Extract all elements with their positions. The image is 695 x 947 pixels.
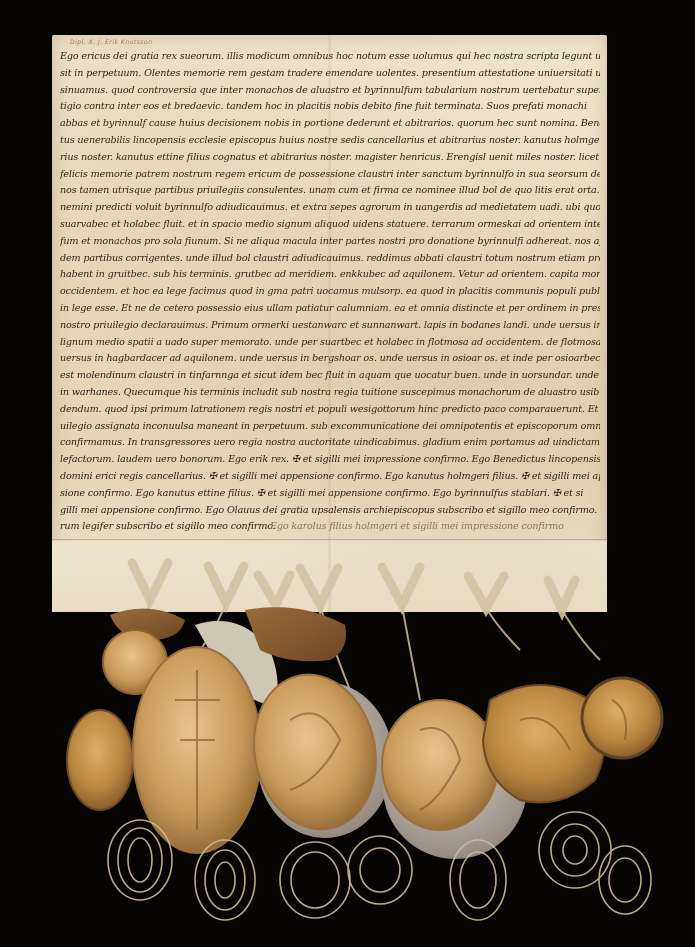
seal-far-left [67, 710, 133, 810]
cord-loops [132, 563, 575, 610]
round-seal-right [582, 678, 662, 758]
griffin-seal [382, 700, 498, 830]
hanging-seals [0, 0, 695, 947]
